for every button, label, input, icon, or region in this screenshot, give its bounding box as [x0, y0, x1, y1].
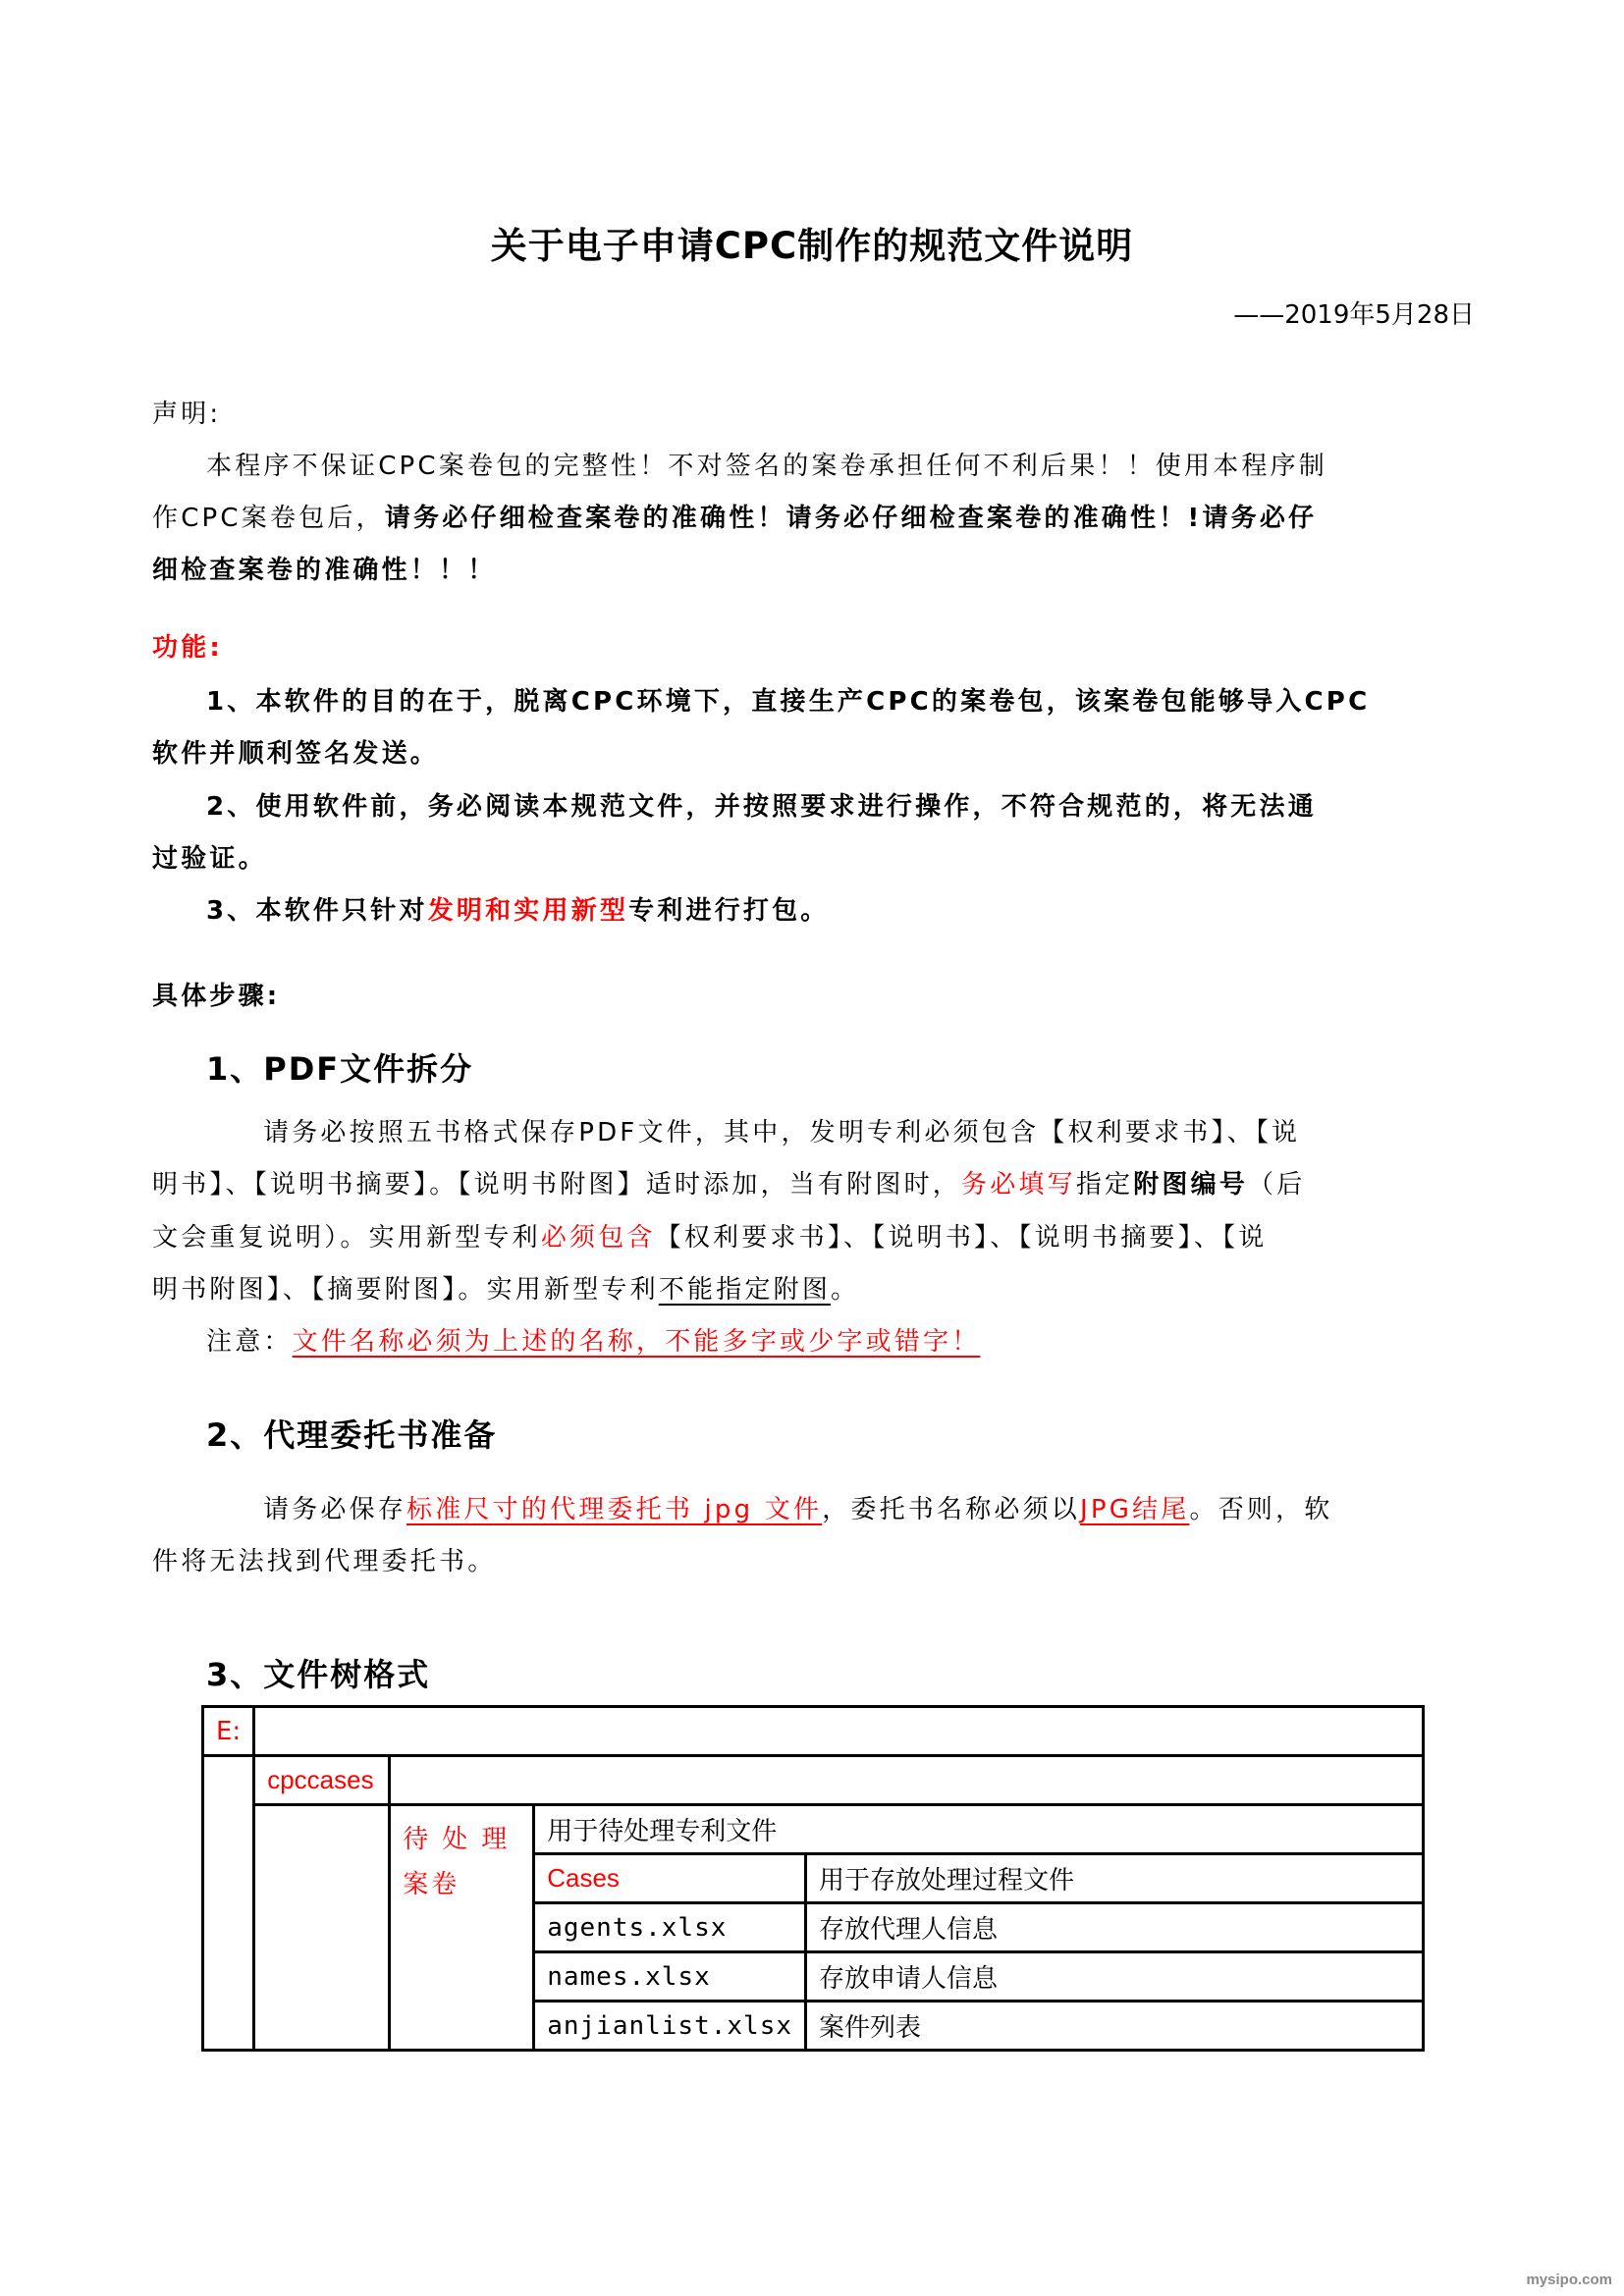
feature-2-line-1: 2、使用软件前，务必阅读本规范文件，并按照要求进行操作，不符合规范的，将无法通 [206, 790, 1317, 824]
declaration-line-3: 细检查案卷的准确性！！！ [152, 554, 496, 587]
tree-item-name: Cases [534, 1854, 806, 1903]
feature-3-highlight: 发明和实用新型 [428, 896, 628, 926]
tree-item-name: agents.xlsx [534, 1903, 806, 1952]
step-1-line-3-post: 【权利要求书】、【说明书】、【说明书摘要】、【说 [656, 1223, 1268, 1253]
tree-item-desc: 存放申请人信息 [806, 1952, 1424, 2002]
step-1-line-2-mid: 指定 [1076, 1170, 1133, 1200]
tree-row-root: E: [203, 1707, 1424, 1756]
step-1-line-4-pre: 明书附图】、【摘要附图】。实用新型专利 [152, 1275, 659, 1305]
step-1-line-3: 文会重复说明）。实用新型专利必须包含【权利要求书】、【说明书】、【说明书摘要】、… [152, 1221, 1267, 1255]
step-2-line-1-post: 。否则，软 [1190, 1495, 1333, 1524]
file-tree-table: E: cpccases 待处理 案卷 用于待处理专利文件 Cases 用于存放处… [201, 1705, 1425, 2052]
step-2-line-1-mid: ，委托书名称必须以 [822, 1495, 1080, 1524]
tree-item-desc: 案件列表 [806, 2002, 1424, 2051]
step-1-note: 注意：文件名称必须为上述的名称，不能多字或少字或错字！ [206, 1325, 980, 1359]
tree-item-name: names.xlsx [534, 1952, 806, 2002]
step-2-line-2: 件将无法找到代理委托书。 [152, 1545, 496, 1578]
step-2-line-1: 请务必保存标准尺寸的代理委托书 jpg 文件，委托书名称必须以JPG结尾。否则，… [263, 1493, 1333, 1526]
declaration-line-2: 作CPC案卷包后，请务必仔细检查案卷的准确性！请务必仔细检查案卷的准确性！!请务… [152, 502, 1317, 535]
tree-item-desc: 存放代理人信息 [806, 1903, 1424, 1952]
features-heading: 功能: [152, 631, 223, 665]
document-title: 关于电子申请CPC制作的规范文件说明 [0, 216, 1624, 269]
step-1-line-4-underlined: 不能指定附图 [659, 1275, 831, 1305]
declaration-heading: 声明: [152, 398, 221, 431]
feature-2-line-2: 过验证。 [152, 842, 267, 876]
step-1-line-1: 请务必按照五书格式保存PDF文件，其中，发明专利必须包含【权利要求书】、【说 [263, 1116, 1300, 1149]
feature-3-pre: 3、本软件只针对 [206, 896, 428, 926]
step-1-line-4: 明书附图】、【摘要附图】。实用新型专利不能指定附图。 [152, 1273, 859, 1307]
step-3-title: 3、文件树格式 [206, 1650, 430, 1695]
step-1-line-3-red: 必须包含 [541, 1223, 656, 1253]
declaration-line-2-normal: 作CPC案卷包后， [152, 504, 385, 533]
step-1-line-4-post: 。 [831, 1275, 859, 1305]
tree-item-desc: 用于存放处理过程文件 [806, 1854, 1424, 1903]
step-1-line-2: 明书】、【说明书摘要】。【说明书附图】适时添加，当有附图时，务必填写指定附图编号… [152, 1168, 1305, 1201]
tree-root-drive: E: [203, 1707, 254, 1756]
tree-subfolder-desc: 用于待处理专利文件 [534, 1805, 1424, 1854]
tree-indent-1 [203, 1756, 254, 2051]
tree-folder-cpccases: cpccases [254, 1756, 390, 1805]
tree-root-empty [254, 1707, 1424, 1756]
feature-1-line-2: 软件并顺利签名发送。 [152, 737, 439, 771]
tree-indent-2 [254, 1805, 390, 2051]
step-1-title: 1、PDF文件拆分 [206, 1044, 473, 1090]
feature-1-line-1: 1、本软件的目的在于，脱离CPC环境下，直接生产CPC的案卷包，该案卷包能够导入… [206, 685, 1370, 719]
tree-row-subfolder: 待处理 案卷 用于待处理专利文件 [203, 1805, 1424, 1854]
steps-heading: 具体步骤: [152, 980, 280, 1013]
step-1-line-2-pre: 明书】、【说明书摘要】。【说明书附图】适时添加，当有附图时， [152, 1170, 961, 1200]
declaration-line-2-bold: 请务必仔细检查案卷的准确性！请务必仔细检查案卷的准确性！!请务必仔 [385, 504, 1317, 533]
step-1-line-3-pre: 文会重复说明）。实用新型专利 [152, 1223, 541, 1253]
tree-subfolder-pending: 待处理 案卷 [390, 1805, 534, 2051]
subfolder-line-1: 待处理 [403, 1814, 520, 1865]
step-2-title: 2、代理委托书准备 [206, 1411, 497, 1456]
step-1-line-2-post: （后 [1248, 1170, 1305, 1200]
feature-3: 3、本软件只针对发明和实用新型专利进行打包。 [206, 894, 830, 928]
tree-row-folder: cpccases [203, 1756, 1424, 1805]
document-date: ——2019年5月28日 [1233, 294, 1475, 331]
note-label: 注意： [206, 1327, 293, 1357]
step-1-line-2-red: 务必填写 [961, 1170, 1076, 1200]
step-2-line-1-red: 标准尺寸的代理委托书 jpg 文件 [406, 1495, 822, 1524]
tree-folder-empty [390, 1756, 1424, 1805]
step-2-line-1-pre: 请务必保存 [263, 1495, 406, 1524]
watermark: mysipo.com [1526, 2271, 1612, 2288]
note-text: 文件名称必须为上述的名称，不能多字或少字或错字！ [293, 1327, 981, 1357]
step-2-line-1-red2: JPG结尾 [1080, 1495, 1190, 1524]
feature-3-post: 专利进行打包。 [628, 896, 829, 926]
declaration-line-1: 本程序不保证CPC案卷包的完整性！不对签名的案卷承担任何不利后果！！使用本程序制 [206, 450, 1327, 483]
tree-item-name: anjianlist.xlsx [534, 2002, 806, 2051]
subfolder-line-2: 案卷 [403, 1865, 520, 1904]
step-1-line-2-bold: 附图编号 [1133, 1170, 1248, 1200]
